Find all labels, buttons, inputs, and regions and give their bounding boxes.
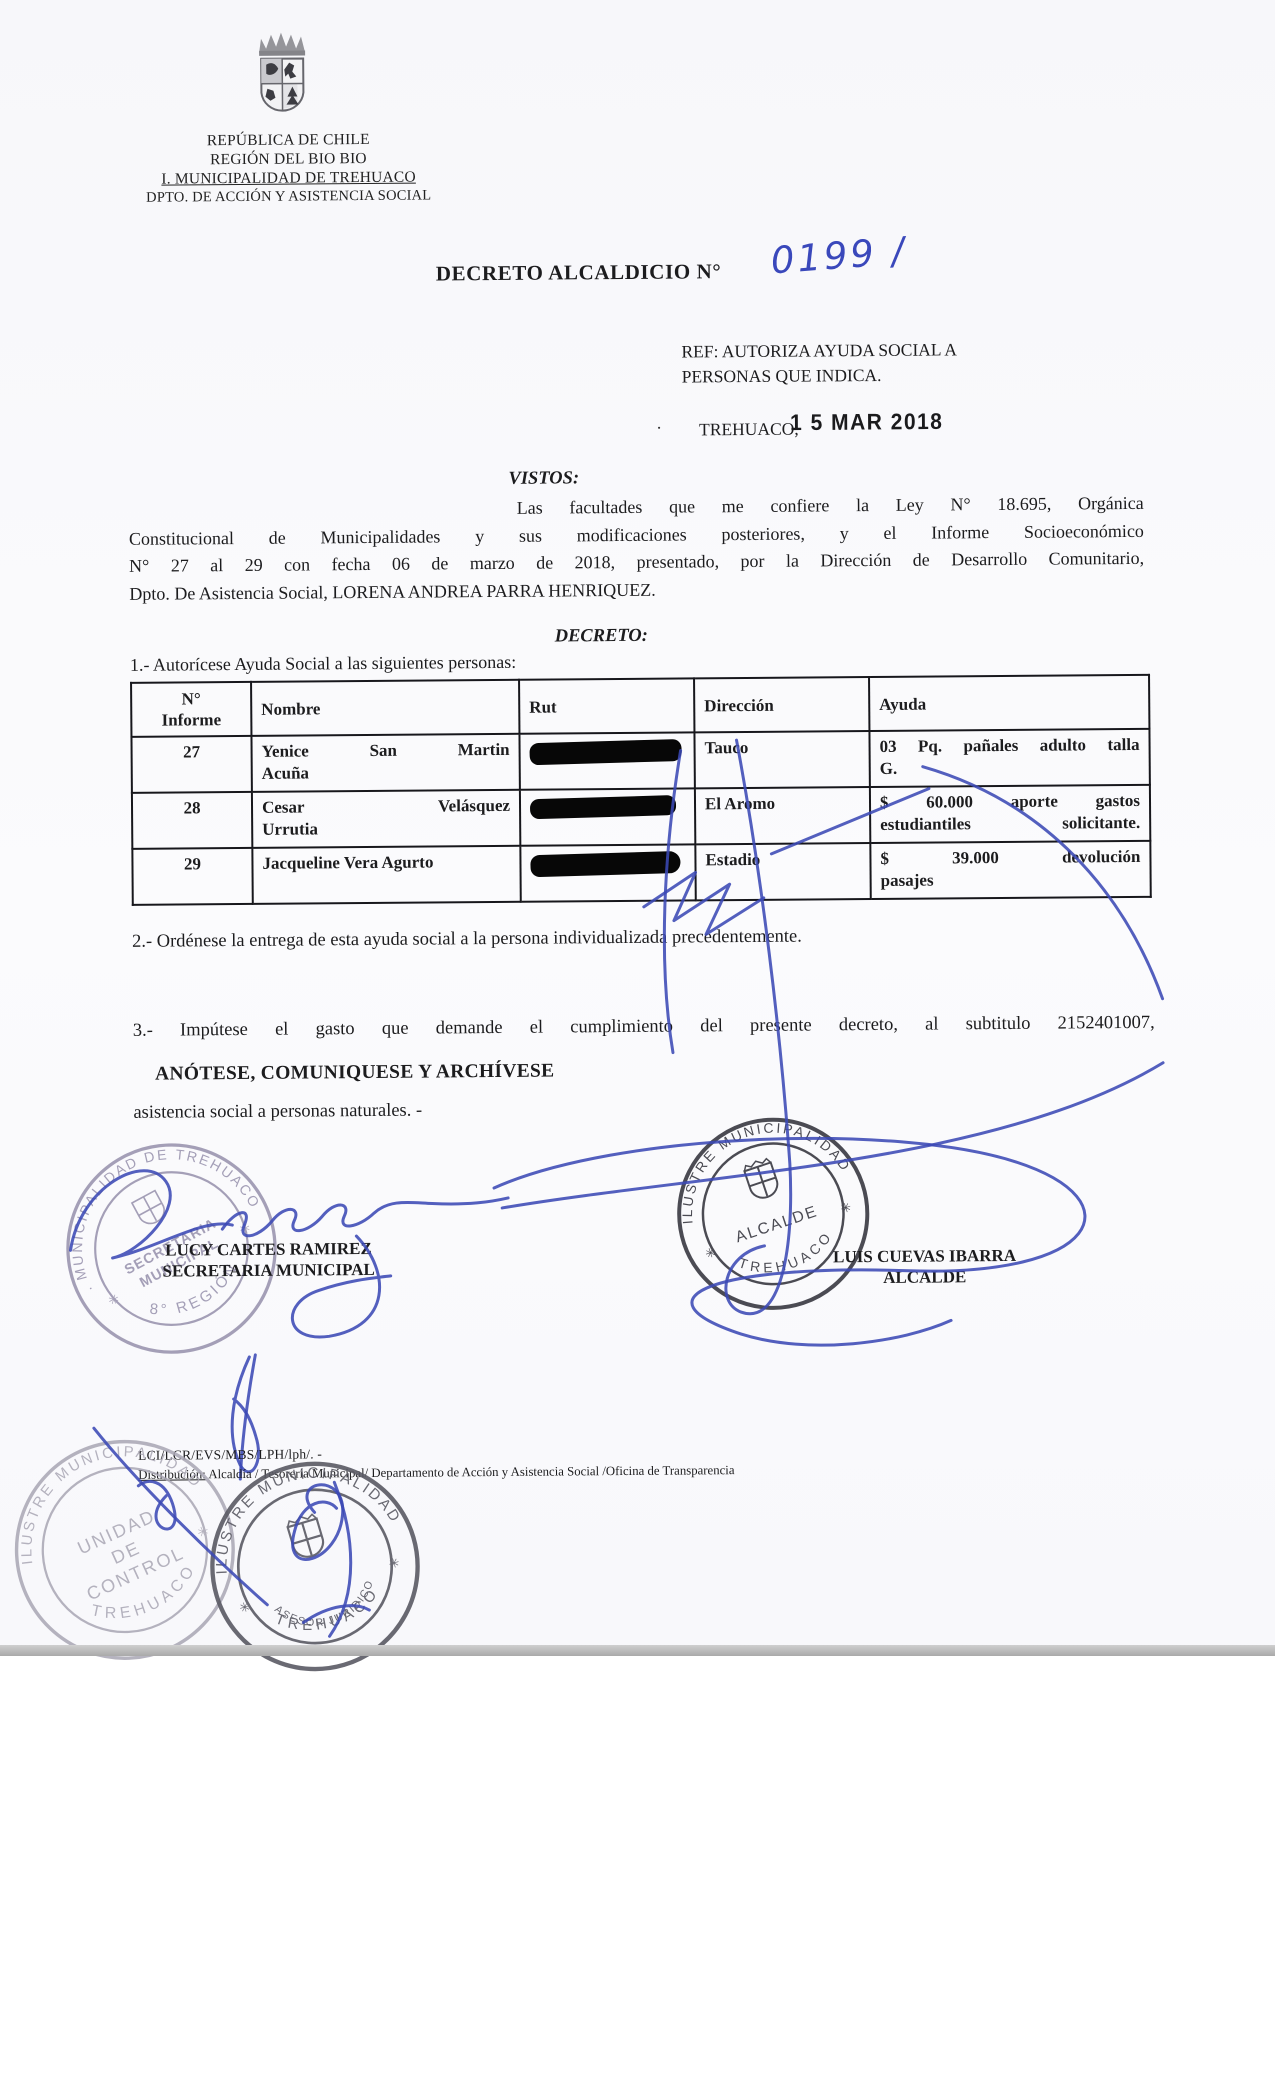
col-header-rut: Rut (519, 678, 694, 733)
reference-block: REF: AUTORIZA AYUDA SOCIAL A PERSONAS QU… (681, 337, 957, 389)
decree-title: DECRETO ALCALDICIO N° (436, 259, 722, 286)
scan-edge-shadow (0, 1645, 1275, 1656)
decreto-heading: DECRETO: (555, 626, 648, 648)
decree-number-handwritten: 0199 / (769, 229, 908, 282)
letterhead-department: DPTO. DE ACCIÓN Y ASISTENCIA SOCIAL (116, 186, 461, 208)
legal-stamp-pen-scribble (248, 1472, 399, 1643)
vistos-heading: VISTOS: (508, 468, 579, 490)
decreto-item-1: 1.- Autorícese Ayuda Social a las siguie… (130, 652, 516, 676)
stray-dot: · (656, 418, 662, 439)
col-header-informe: N° Informe (131, 682, 251, 737)
table-header-row: N° Informe Nombre Rut Dirección Ayuda (131, 675, 1149, 737)
place-name: TREHUACO, (699, 419, 799, 441)
col-header-nombre: Nombre (251, 680, 519, 736)
letterhead: REPÚBLICA DE CHILE REGIÓN DEL BIO BIO I.… (116, 129, 462, 208)
cell-informe: 29 (132, 848, 252, 905)
reference-line2: PERSONAS QUE INDICA. (682, 362, 958, 389)
document-content: REPÚBLICA DE CHILE REGIÓN DEL BIO BIO I.… (0, 0, 1275, 1655)
cell-informe: 27 (131, 736, 251, 793)
date-stamp: 1 5 MAR 2018 (790, 410, 944, 437)
col-header-direccion: Dirección (694, 677, 869, 732)
mayor-handwritten-signature (472, 731, 1177, 1376)
scanned-decree-page: REPÚBLICA DE CHILE REGIÓN DEL BIO BIO I.… (0, 0, 1275, 2100)
cell-informe: 28 (132, 792, 252, 849)
reference-line1: REF: AUTORIZA AYUDA SOCIAL A (681, 337, 957, 364)
coat-of-arms-icon (247, 26, 322, 129)
col-header-ayuda: Ayuda (869, 675, 1149, 731)
vistos-paragraph: Las facultades que me confiere la Ley N°… (129, 490, 1145, 608)
secretary-handwritten-signature (54, 1129, 526, 1363)
